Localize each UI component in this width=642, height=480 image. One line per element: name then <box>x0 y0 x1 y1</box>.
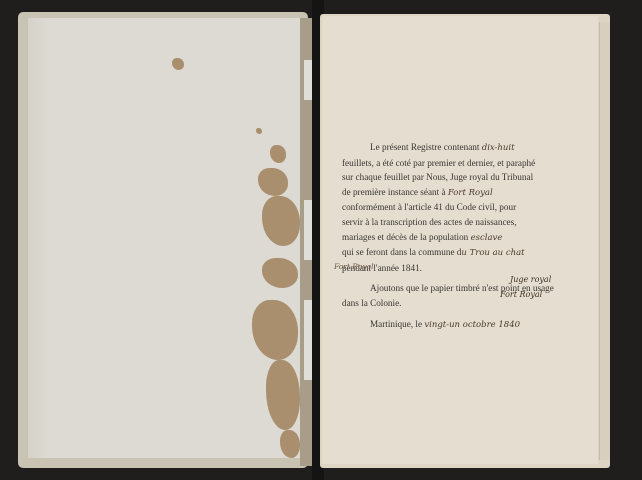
spine-wear <box>304 300 312 380</box>
handwritten-commune: u Trou au chat <box>461 248 524 258</box>
text-line: de première instance séant à Fort Royal <box>342 185 570 201</box>
page-stack-edge <box>599 22 610 460</box>
handwritten-place: Fort Royal <box>448 188 493 198</box>
text-line: servir à la transcription des actes de n… <box>342 215 570 230</box>
text-line: mariages et décès de la population escla… <box>342 230 570 246</box>
printed-text: qui se feront dans la commune d <box>342 247 461 257</box>
stain <box>270 145 286 163</box>
left-page-paper <box>28 18 304 458</box>
printed-text: Le présent Registre contenant <box>370 142 479 152</box>
left-page <box>18 12 308 468</box>
text-line: feuillets, a été coté par premier et der… <box>342 156 570 171</box>
text-line: sur chaque feuillet par Nous, Juge royal… <box>342 170 570 185</box>
left-page-shade <box>28 18 50 458</box>
printed-text: de première instance séant à <box>342 187 446 197</box>
text-line: Le présent Registre contenant dix-huit <box>342 140 570 156</box>
stain <box>256 128 262 134</box>
text-line: pendant l'année 1841. <box>342 261 570 276</box>
stain <box>280 430 300 458</box>
text-line: Martinique, le vingt-un octobre 1840 <box>342 317 570 333</box>
margin-note: Fort Royal <box>334 262 374 271</box>
text-line: conformément à l'article 41 du Code civi… <box>342 200 570 215</box>
signature: Juge royal <box>510 275 551 284</box>
stain <box>172 58 184 70</box>
handwritten-population: esclave <box>471 233 503 243</box>
handwritten-count: dix-huit <box>482 143 515 153</box>
signature: Fort Royal <box>500 290 542 299</box>
spine-wear <box>304 60 312 100</box>
register-text: Le présent Registre contenant dix-huit f… <box>342 140 570 332</box>
printed-text: mariages et décès de la population <box>342 232 468 242</box>
printed-text: Martinique, le <box>370 319 422 329</box>
handwritten-date: vingt-un octobre 1840 <box>424 320 520 330</box>
text-line: qui se feront dans la commune du Trou au… <box>342 245 570 261</box>
spine-wear <box>304 200 312 260</box>
